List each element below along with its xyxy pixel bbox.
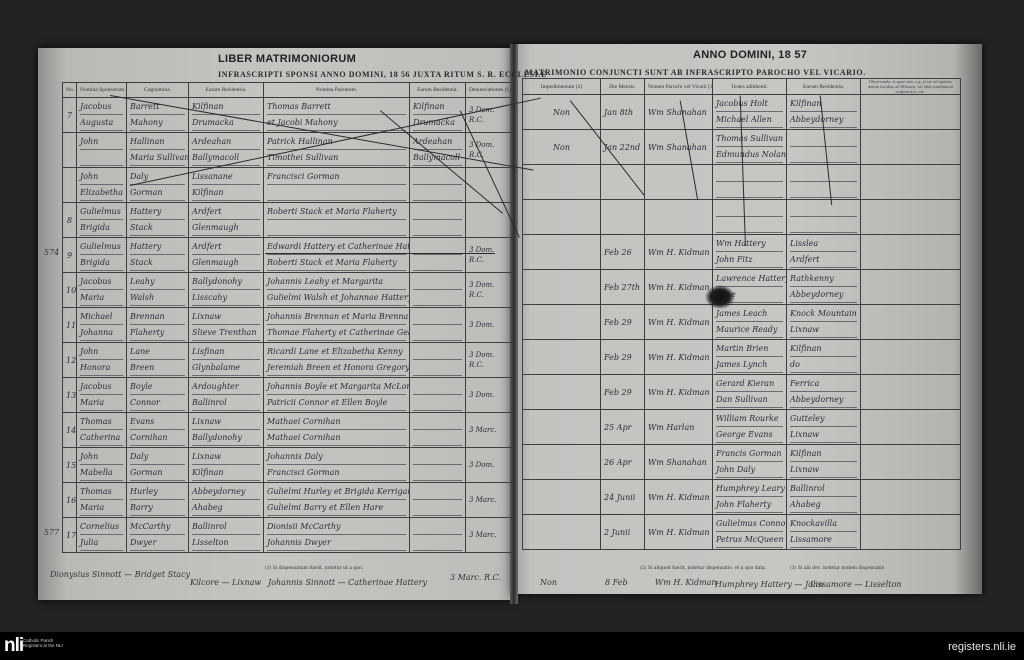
first-name-line: Catherina xyxy=(80,430,123,446)
residence-line: Lixnaw xyxy=(192,449,260,465)
left-page-title: LIBER MATRIMONIORUM xyxy=(218,53,356,65)
witness-line xyxy=(716,166,783,182)
parents-residence xyxy=(410,483,466,518)
right-column-header: Observanda, si quae sint: e.g. si sit ve… xyxy=(861,79,961,95)
register-entry-row[interactable]: Feb 29Wm H. KidmanJames LeachMaurice Rea… xyxy=(523,305,961,340)
surname-line: Boyle xyxy=(130,379,185,395)
parents-line xyxy=(267,185,406,201)
witness-residence-line: Ahabeg xyxy=(790,497,857,513)
parents-names: Johannis Boyle et Margarita McLoneyPatri… xyxy=(264,378,410,413)
marriage-date: Feb 29 xyxy=(601,340,645,375)
spouse-first-names: John xyxy=(77,133,127,168)
parents-line: Gulielmi Hurley et Brigida Kerrigan xyxy=(267,484,406,500)
marriage-date: 2 Junii xyxy=(601,515,645,550)
surname-line: Hurley xyxy=(130,484,185,500)
parents-line: Mathaei Cornihan xyxy=(267,430,406,446)
spouse-residence: ArdfertGlenmaugh xyxy=(189,203,264,238)
register-entry-row[interactable]: 14ThomasCatherinaEvansCornihanLixnawBall… xyxy=(63,413,513,448)
parents-names: Mathaei CornihanMathaei Cornihan xyxy=(264,413,410,448)
residence-line: Glynbalame xyxy=(192,360,260,376)
observations xyxy=(861,165,961,200)
priest-name: Wm Shanahan xyxy=(645,130,713,165)
parents-residence xyxy=(410,378,466,413)
residence-line: Ardoughter xyxy=(192,379,260,395)
witnesses: James LeachMaurice Ready xyxy=(713,305,787,340)
impediment xyxy=(523,480,601,515)
right-footer-note-left: (2) Si aliquod fuerit, notetur dispensat… xyxy=(640,566,766,571)
observations xyxy=(861,130,961,165)
witness-residence-line xyxy=(790,201,857,217)
residence-line: Lisfinan xyxy=(192,344,260,360)
parents-line: Thomas Barrett xyxy=(267,99,406,115)
nli-logo[interactable]: nli xyxy=(4,636,23,656)
left-column-header: Nomina Sponsorum. xyxy=(77,83,127,98)
priest-name xyxy=(645,165,713,200)
residence-line: Ballydonohy xyxy=(192,274,260,290)
first-name-line: John xyxy=(80,344,123,360)
surname-line: Mahony xyxy=(130,115,185,131)
right-column-header: Nomen Parochi vel Vicarii (3) xyxy=(645,79,713,95)
parents-residence-line xyxy=(413,169,462,185)
priest-name: Wm H. Kidman xyxy=(645,515,713,550)
entry-number: 17 xyxy=(63,518,77,553)
first-name-line: Cornelius xyxy=(80,519,123,535)
parents-residence-line xyxy=(413,414,462,430)
register-entry-row[interactable] xyxy=(523,200,961,235)
parents-residence xyxy=(410,238,466,273)
parents-residence-line xyxy=(413,325,462,341)
parents-names: Ricardi Lane et Elizabetha KennyJeremiah… xyxy=(264,343,410,378)
register-entry-row[interactable]: JohnHallinanMaria SullivanArdeahanBallym… xyxy=(63,133,513,168)
impediment xyxy=(523,165,601,200)
witness-residence-line xyxy=(790,182,857,198)
first-name-line: Jacobus xyxy=(80,99,123,115)
witness-residence-line: Lixnaw xyxy=(790,427,857,443)
register-entry-row[interactable]: Feb 29Wm H. KidmanMartin BrienJames Lync… xyxy=(523,340,961,375)
witness-line: George Evans xyxy=(716,427,783,443)
spouse-surnames: HurleyBarry xyxy=(127,483,189,518)
first-name-line: Thomas xyxy=(80,484,123,500)
banns: 3 Dom. xyxy=(466,378,513,413)
witness-residence-line: Knockavilla xyxy=(790,516,857,532)
right-footer-impediment: Non xyxy=(540,578,557,587)
witness-residence: KilfinanLixnaw xyxy=(787,445,861,480)
spouse-residence: BallydonohyLisscahy xyxy=(189,273,264,308)
register-entry-row[interactable]: 11MichaelJohannaBrennanFlahertyLixnawSli… xyxy=(63,308,513,343)
parents-residence-line xyxy=(413,274,462,290)
witness-residence-line: do xyxy=(790,357,857,373)
entry-number xyxy=(63,168,77,203)
spouse-surnames: DalyGorman xyxy=(127,448,189,483)
spouse-residence: LixnawBallydonohy xyxy=(189,413,264,448)
witnesses: William RourkeGeorge Evans xyxy=(713,410,787,445)
parents-names: Johannis Brennan et Maria BrennanThomae … xyxy=(264,308,410,343)
surname-line: Dwyer xyxy=(130,535,185,551)
witness-residence-line: Lixnaw xyxy=(790,322,857,338)
witnesses: Gulielmus ConnorPetrus McQueen xyxy=(713,515,787,550)
residence-line: Ardfert xyxy=(192,204,260,220)
priest-name: Wm Shanahan xyxy=(645,95,713,130)
impediment xyxy=(523,445,601,480)
surname-line: Gorman xyxy=(130,185,185,201)
witness-residence-line: Kilfinan xyxy=(790,341,857,357)
register-entry-row[interactable]: 16ThomasMariaHurleyBarryAbbeydorneyAhabe… xyxy=(63,483,513,518)
parents-residence-line xyxy=(413,360,462,376)
observations xyxy=(861,235,961,270)
surname-line: Maria Sullivan xyxy=(130,150,185,166)
observations xyxy=(861,515,961,550)
spouse-residence: AbbeydorneyAhabeg xyxy=(189,483,264,518)
spouse-residence: LixnawKilfinan xyxy=(189,448,264,483)
register-entry-row[interactable]: 9GulielmusBrigidaHatteryStackArdfertGlen… xyxy=(63,238,513,273)
marriage-date: Feb 26 xyxy=(601,235,645,270)
witness-residence-line xyxy=(790,166,857,182)
parents-residence-line xyxy=(413,290,462,306)
register-entry-row[interactable]: 25 AprWm HarlanWilliam RourkeGeorge Evan… xyxy=(523,410,961,445)
parents-line: Johannis Brennan et Maria Brennan xyxy=(267,309,406,325)
impediment: Non xyxy=(523,130,601,165)
witness-residence-line: Lissamore xyxy=(790,532,857,548)
first-name-line xyxy=(80,150,123,166)
observations xyxy=(861,270,961,305)
register-entry-row[interactable]: 15JohnMabellaDalyGormanLixnawKilfinanJoh… xyxy=(63,448,513,483)
spouse-surnames: HallinanMaria Sullivan xyxy=(127,133,189,168)
entry-number xyxy=(63,133,77,168)
banns: 3 Dom. xyxy=(466,448,513,483)
impediment xyxy=(523,340,601,375)
left-column-header: Cognomina. xyxy=(127,83,189,98)
witness-residence-line xyxy=(790,217,857,233)
residence-line: Drumacka xyxy=(192,115,260,131)
impediment xyxy=(523,200,601,235)
site-url-link[interactable]: registers.nli.ie xyxy=(948,641,1016,653)
parents-line: Johannis Leahy et Margarita xyxy=(267,274,406,290)
spouse-first-names: ThomasMaria xyxy=(77,483,127,518)
parents-line: Gulielmi Walsh et Johannae Hattery xyxy=(267,290,406,306)
parents-residence-line xyxy=(413,185,462,201)
surname-line: Cornihan xyxy=(130,430,185,446)
priest-name: Wm H. Kidman xyxy=(645,480,713,515)
parents-names: Francisci Gorman xyxy=(264,168,410,203)
first-name-line: Maria xyxy=(80,500,123,516)
first-name-line: John xyxy=(80,134,123,150)
parents-residence-line xyxy=(413,465,462,481)
priest-name: Wm H. Kidman xyxy=(645,375,713,410)
spouse-residence: BallinrolLisselton xyxy=(189,518,264,553)
witness-line: James Leach xyxy=(716,306,783,322)
parents-residence-line xyxy=(413,220,462,236)
spouse-surnames: LeahyWalsh xyxy=(127,273,189,308)
observations xyxy=(861,375,961,410)
marriage-date xyxy=(601,200,645,235)
parents-residence xyxy=(410,203,466,238)
residence-line: Ahabeg xyxy=(192,500,260,516)
spouse-first-names: JohnHonora xyxy=(77,343,127,378)
residence-line: Lixnaw xyxy=(192,309,260,325)
right-footer-priest: Wm H. Kidman xyxy=(655,578,717,587)
witness-line: Gulielmus Connor xyxy=(716,516,783,532)
spouse-residence: LisfinanGlynbalame xyxy=(189,343,264,378)
spouse-surnames: HatteryStack xyxy=(127,203,189,238)
observations xyxy=(861,410,961,445)
surname-line: Evans xyxy=(130,414,185,430)
priest-name: Wm H. Kidman xyxy=(645,305,713,340)
parents-line: et Jacobi Mahony xyxy=(267,115,406,131)
first-name-line: Elizabetha xyxy=(80,185,123,201)
witness-residence-line: Abbeydorney xyxy=(790,287,857,303)
entry-number: 8 xyxy=(63,203,77,238)
surname-line: McCarthy xyxy=(130,519,185,535)
banns: 3 Dom. R.C. xyxy=(466,273,513,308)
observations xyxy=(861,445,961,480)
parents-residence xyxy=(410,168,466,203)
witness-residence-line: Ferrica xyxy=(790,376,857,392)
witnesses: Francis GormanJohn Daly xyxy=(713,445,787,480)
first-name-line: Brigida xyxy=(80,255,123,271)
right-footer-residence: Lissamore — Lisselton xyxy=(810,580,901,589)
parents-line: Johannis Dwyer xyxy=(267,535,406,551)
parents-residence-line xyxy=(413,449,462,465)
spouse-residence: ArdeahanBallymacoll xyxy=(189,133,264,168)
witness-line: Edmundus Nolan xyxy=(716,147,783,163)
witness-residence-line: Kilfinan xyxy=(790,446,857,462)
first-name-line: Jacobus xyxy=(80,274,123,290)
witness-residence: Knock MountainLixnaw xyxy=(787,305,861,340)
left-column-header: Denunciationes (1) xyxy=(466,83,513,98)
witnesses: Martin BrienJames Lynch xyxy=(713,340,787,375)
surname-line: Daly xyxy=(130,449,185,465)
first-name-line: Mabella xyxy=(80,465,123,481)
parents-names: Roberti Stack et Maria Flaherty xyxy=(264,203,410,238)
parents-line: Gulielmi Barry et Ellen Hare xyxy=(267,500,406,516)
witness-residence: BallinrolAhabeg xyxy=(787,480,861,515)
parents-residence xyxy=(410,273,466,308)
parents-residence-line: Kilfinan xyxy=(413,99,462,115)
witness-line: James Lynch xyxy=(716,357,783,373)
surname-line: Lane xyxy=(130,344,185,360)
parents-residence xyxy=(410,308,466,343)
parents-line: Thomae Flaherty et Catherinae Gearh xyxy=(267,325,406,341)
residence-line: Glenmaugh xyxy=(192,220,260,236)
surname-line: Hattery xyxy=(130,204,185,220)
spouse-first-names: GulielmusBrigida xyxy=(77,203,127,238)
entry-number: 11 xyxy=(63,308,77,343)
banns: 3 Dom. R.C. xyxy=(466,238,513,273)
witness-line xyxy=(716,201,783,217)
witness-residence: FerricaAbbeydorney xyxy=(787,375,861,410)
witness-residence: KnockavillaLissamore xyxy=(787,515,861,550)
marriage-date: Feb 27th xyxy=(601,270,645,305)
residence-line: Lissanane xyxy=(192,169,260,185)
left-footer-residence: Kilcore — Lixnaw xyxy=(190,578,261,587)
left-column-header: Earum Residentia. xyxy=(410,83,466,98)
banns: 3 Dom. xyxy=(466,308,513,343)
spouse-first-names: MichaelJohanna xyxy=(77,308,127,343)
surname-line: Gorman xyxy=(130,465,185,481)
register-entry-row[interactable]: Feb 29Wm H. KidmanGerard KieranDan Sulli… xyxy=(523,375,961,410)
parents-residence-line xyxy=(413,344,462,360)
cancellation-stroke xyxy=(265,253,495,254)
residence-line: Kilfinan xyxy=(192,185,260,201)
register-entry-row[interactable]: 24 JuniiWm H. KidmanHumphrey LearyJohn F… xyxy=(523,480,961,515)
first-name-line: Honora xyxy=(80,360,123,376)
surname-line: Flaherty xyxy=(130,325,185,341)
witness-line: Lawrence Hattery xyxy=(716,271,783,287)
register-entry-row[interactable]: 26 AprWm ShanahanFrancis GormanJohn Daly… xyxy=(523,445,961,480)
parents-line: Francisci Gorman xyxy=(267,465,406,481)
left-column-header: Nomina Parentum. xyxy=(264,83,410,98)
witnesses: Jacobus HoltMichael Allen xyxy=(713,95,787,130)
witness-line: John Flaherty xyxy=(716,497,783,513)
witnesses: Wm HatteryJohn Fitz xyxy=(713,235,787,270)
priest-name: Wm H. Kidman xyxy=(645,270,713,305)
margin-note-1: 574 xyxy=(44,248,59,257)
parents-residence xyxy=(410,448,466,483)
witness-residence: GutteleyLixnaw xyxy=(787,410,861,445)
impediment xyxy=(523,515,601,550)
parents-line: Dionisii McCarthy xyxy=(267,519,406,535)
priest-name: Wm H. Kidman xyxy=(645,340,713,375)
observations xyxy=(861,480,961,515)
left-footer-parents: Johannis Sinnott — Catherinae Hattery xyxy=(268,578,427,587)
marriage-date: 24 Junii xyxy=(601,480,645,515)
residence-line: Ballydonohy xyxy=(192,430,260,446)
parents-names: Patrick HallinanTimothei Sullivan xyxy=(264,133,410,168)
parents-residence-line xyxy=(413,430,462,446)
parents-names: Johannis Leahy et MargaritaGulielmi Wals… xyxy=(264,273,410,308)
witness-line: Wm Hattery xyxy=(716,236,783,252)
parents-line: Mathaei Cornihan xyxy=(267,414,406,430)
spouse-first-names: JacobusAugusta xyxy=(77,98,127,133)
spouse-first-names: JohnElizabetha xyxy=(77,168,127,203)
parents-residence-line xyxy=(413,500,462,516)
witness-line: Francis Gorman xyxy=(716,446,783,462)
impediment xyxy=(523,270,601,305)
left-column-header: No. xyxy=(63,83,77,98)
witness-line: John Fitz xyxy=(716,252,783,268)
parents-names: Dionisii McCarthyJohannis Dwyer xyxy=(264,518,410,553)
spouse-first-names: JacobusMaria xyxy=(77,378,127,413)
witness-residence-line: Kilfinan xyxy=(790,96,857,112)
spouse-first-names: JacobusMaria xyxy=(77,273,127,308)
witness-residence-line: Ardfert xyxy=(790,252,857,268)
banns: 3 Marc. xyxy=(466,413,513,448)
spouse-surnames: EvansCornihan xyxy=(127,413,189,448)
parents-line: Francisci Gorman xyxy=(267,169,406,185)
entry-number: 10 xyxy=(63,273,77,308)
register-entry-row[interactable]: 8GulielmusBrigidaHatteryStackArdfertGlen… xyxy=(63,203,513,238)
register-entry-row[interactable]: 2 JuniiWm H. KidmanGulielmus ConnorPetru… xyxy=(523,515,961,550)
witnesses: Humphrey LearyJohn Flaherty xyxy=(713,480,787,515)
residence-line: Slieve Trenthan xyxy=(192,325,260,341)
spouse-residence: LixnawSlieve Trenthan xyxy=(189,308,264,343)
residence-line: Glenmaugh xyxy=(192,255,260,271)
parents-line: Roberti Stack et Maria Flaherty xyxy=(267,204,406,220)
residence-line: Ardfert xyxy=(192,239,260,255)
parents-names: Johannis DalyFrancisci Gorman xyxy=(264,448,410,483)
left-footer-banns: 3 Marc. R.C. xyxy=(450,573,501,582)
spouse-first-names: ThomasCatherina xyxy=(77,413,127,448)
priest-name: Wm Harlan xyxy=(645,410,713,445)
banns: 3 Dom. R.C. xyxy=(466,343,513,378)
register-entry-row[interactable]: 13JacobusMariaBoyleConnorArdoughterBalli… xyxy=(63,378,513,413)
first-name-line: Gulielmus xyxy=(80,239,123,255)
register-entry-row[interactable]: Feb 26Wm H. KidmanWm HatteryJohn FitzLis… xyxy=(523,235,961,270)
witness-line: Thomas Sullivan xyxy=(716,131,783,147)
surname-line: Connor xyxy=(130,395,185,411)
marriage-date: 26 Apr xyxy=(601,445,645,480)
right-column-header: Eorum Residentia. xyxy=(787,79,861,95)
first-name-line: Brigida xyxy=(80,220,123,236)
right-page-subtitle: MATRIMONIO CONJUNCTI SUNT AB INFRASCRIPT… xyxy=(525,68,866,77)
left-column-header: Earum Residentia. xyxy=(189,83,264,98)
register-image-viewer[interactable]: LIBER MATRIMONIORUM INFRASCRIPTI SPONSI … xyxy=(0,0,1024,632)
surname-line: Hattery xyxy=(130,239,185,255)
priest-name: Wm H. Kidman xyxy=(645,235,713,270)
observations xyxy=(861,200,961,235)
first-name-line: John xyxy=(80,449,123,465)
entry-number: 16 xyxy=(63,483,77,518)
witness-line: John Daly xyxy=(716,462,783,478)
residence-line: Abbeydorney xyxy=(192,484,260,500)
parents-line: Ricardi Lane et Elizabetha Kenny xyxy=(267,344,406,360)
spouse-first-names: GulielmusBrigida xyxy=(77,238,127,273)
witness-residence-line: Gutteley xyxy=(790,411,857,427)
witness-line: Michael Allen xyxy=(716,112,783,128)
surname-line: Stack xyxy=(130,255,185,271)
first-name-line: Julia xyxy=(80,535,123,551)
register-entry-row[interactable]: Feb 27thWm H. KidmanLawrence HatteryRose… xyxy=(523,270,961,305)
banns: 3 Marc. xyxy=(466,483,513,518)
observations xyxy=(861,95,961,130)
spouse-surnames: LaneBreen xyxy=(127,343,189,378)
viewer-footer-bar: nli Catholic Parish Registers at the NLI… xyxy=(0,632,1024,660)
impediment xyxy=(523,375,601,410)
marriage-date: Jan 8th xyxy=(601,95,645,130)
register-entry-row[interactable]: 12JohnHonoraLaneBreenLisfinanGlynbalameR… xyxy=(63,343,513,378)
witness-residence: Kilfinando xyxy=(787,340,861,375)
witness-residence-line: Abbeydorney xyxy=(790,392,857,408)
parents-line: Roberti Stack et Maria Flaherty xyxy=(267,255,406,271)
residence-line: Lixnaw xyxy=(192,414,260,430)
spouse-first-names: JohnMabella xyxy=(77,448,127,483)
observations xyxy=(861,340,961,375)
right-page-title: ANNO DOMINI, 18 57 xyxy=(693,49,807,61)
first-name-line: Michael xyxy=(80,309,123,325)
parents-line: Johannis Daly xyxy=(267,449,406,465)
register-entry-row[interactable]: 10JacobusMariaLeahyWalshBallydonohyLissc… xyxy=(63,273,513,308)
residence-line: Kilfinan xyxy=(192,465,260,481)
witness-line: Gerard Kieran xyxy=(716,376,783,392)
witness-line: Jacobus Holt xyxy=(716,96,783,112)
first-name-line: Thomas xyxy=(80,414,123,430)
observations xyxy=(861,305,961,340)
entry-number: 13 xyxy=(63,378,77,413)
right-column-header: Impedimentum (2) xyxy=(523,79,601,95)
witness-residence: RathkennyAbbeydorney xyxy=(787,270,861,305)
witness-line xyxy=(716,182,783,198)
surname-line: Breen xyxy=(130,360,185,376)
observation-note: Observanda, si quae sint: e.g. si sit ve… xyxy=(864,79,957,94)
right-footer-date: 8 Feb xyxy=(605,578,628,587)
register-entry-row[interactable]: 17CorneliusJuliaMcCarthyDwyerBallinrolLi… xyxy=(63,518,513,553)
witness-residence-line: Lixnaw xyxy=(790,462,857,478)
witness-residence-line: Ballinrol xyxy=(790,481,857,497)
first-name-line: Maria xyxy=(80,395,123,411)
spouse-residence: LissananeKilfinan xyxy=(189,168,264,203)
parents-line xyxy=(267,220,406,236)
witness-line: Petrus McQueen xyxy=(716,532,783,548)
